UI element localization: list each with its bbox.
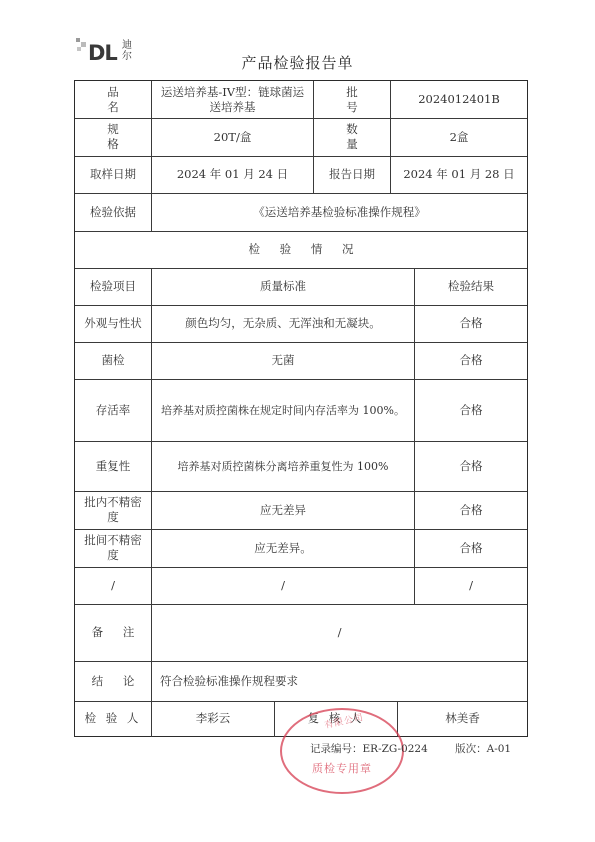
inspection-section-title: 检 验 情 况 <box>75 231 527 268</box>
table-row-standard: / <box>152 567 414 604</box>
table-row-result: 合格 <box>415 342 527 379</box>
column-header-result: 检验结果 <box>415 268 527 305</box>
record-number: 记录编号：ER-ZG-0224 <box>310 743 428 755</box>
table-row-item: 重复性 <box>75 441 151 491</box>
remarks-value: / <box>152 604 527 661</box>
spec-label: 规 格 <box>75 118 151 156</box>
report-date-value: 2024 年 01 月 28 日 <box>391 156 527 193</box>
version-number: 版次：A-01 <box>455 743 511 755</box>
table-row-result: 合格 <box>415 379 527 441</box>
table-row-result: 合格 <box>415 305 527 342</box>
table-row-item: 批间不精密度 <box>75 529 151 567</box>
report-date-label: 报告日期 <box>314 156 390 193</box>
inspector-label: 检 验 人 <box>75 701 151 736</box>
inspection-report-table: 品 名 运送培养基-IV型：链球菌运送培养基 批 号 2024012401B 规… <box>74 80 528 737</box>
spec-value: 20T/盒 <box>152 118 313 156</box>
table-row-item: 存活率 <box>75 379 151 441</box>
table-row-standard: 培养基对质控菌株分离培养重复性为 100% <box>152 441 414 491</box>
quantity-value: 2盒 <box>391 118 527 156</box>
table-row-standard: 应无差异。 <box>152 529 414 567</box>
inspector-name: 李彩云 <box>152 701 274 736</box>
remarks-label: 备 注 <box>75 604 151 661</box>
reviewer-name: 林美香 <box>398 701 527 736</box>
sampling-date-value: 2024 年 01 月 24 日 <box>152 156 313 193</box>
product-name-label: 品 名 <box>75 81 151 118</box>
conclusion-label: 结 论 <box>75 661 151 701</box>
table-row-result: 合格 <box>415 491 527 529</box>
table-row-result: 合格 <box>415 529 527 567</box>
basis-label: 检验依据 <box>75 193 151 231</box>
table-row-item: 菌检 <box>75 342 151 379</box>
table-row-result: / <box>415 567 527 604</box>
page-title: 产品检验报告单 <box>0 52 595 73</box>
table-row-standard: 应无差异 <box>152 491 414 529</box>
table-row-item: 外观与性状 <box>75 305 151 342</box>
batch-no-value: 2024012401B <box>391 81 527 118</box>
quantity-label: 数 量 <box>314 118 390 156</box>
sampling-date-label: 取样日期 <box>75 156 151 193</box>
table-row-item: 批内不精密度 <box>75 491 151 529</box>
basis-value: 《运送培养基检验标准操作规程》 <box>152 193 527 231</box>
table-row-standard: 无菌 <box>152 342 414 379</box>
stamp-center-text: 质检专用章 <box>282 760 402 776</box>
batch-no-label: 批 号 <box>314 81 390 118</box>
column-header-standard: 质量标准 <box>152 268 414 305</box>
product-name-value: 运送培养基-IV型：链球菌运送培养基 <box>152 81 313 118</box>
column-header-item: 检验项目 <box>75 268 151 305</box>
table-row-standard: 培养基对质控菌株在规定时间内存活率为 100%。 <box>152 379 414 441</box>
conclusion-value: 符合检验标准操作规程要求 <box>152 661 527 701</box>
table-row-result: 合格 <box>415 441 527 491</box>
table-row-standard: 颜色均匀，无杂质、无浑浊和无凝块。 <box>152 305 414 342</box>
table-row-item: / <box>75 567 151 604</box>
document-footer: 记录编号：ER-ZG-0224 版次：A-01 <box>310 741 511 756</box>
